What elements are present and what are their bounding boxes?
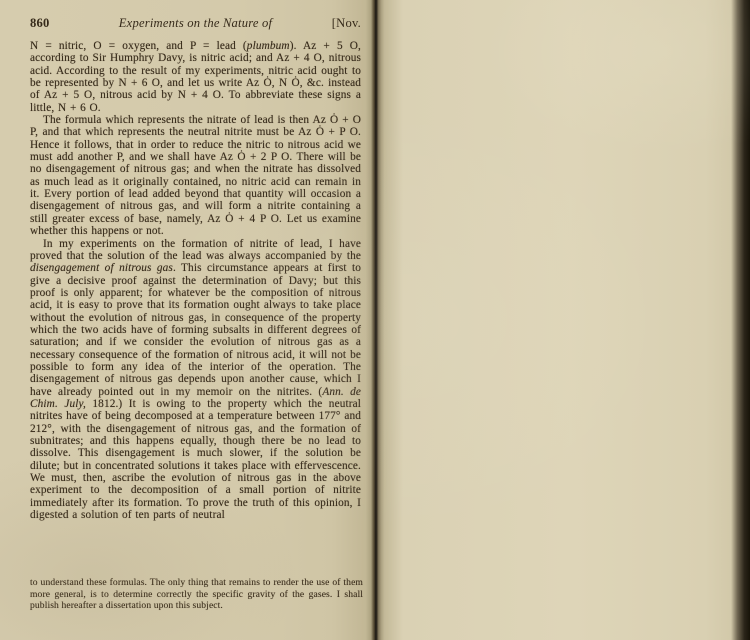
right-page: 1813.] Azote, of Hydrogen, and of Ammoni…: [377, 0, 750, 640]
left-page-body: N = nitric, O = oxygen, and P = lead (pl…: [30, 40, 361, 521]
left-page: 860 Experiments on the Nature of [Nov. N…: [0, 0, 377, 640]
left-header-date: [Nov.: [317, 16, 361, 31]
paragraph: N = nitric, O = oxygen, and P = lead (pl…: [30, 40, 361, 114]
book-scan: 860 Experiments on the Nature of [Nov. N…: [0, 0, 750, 640]
left-page-footnote: to understand these formulas. The only t…: [30, 577, 363, 612]
left-page-textblock: 860 Experiments on the Nature of [Nov. N…: [30, 16, 361, 521]
left-page-number: 860: [30, 16, 74, 31]
book-edge-shadow: [731, 0, 750, 640]
page-gutter-divider: [371, 0, 381, 640]
paragraph: In my experiments on the formation of ni…: [30, 238, 361, 522]
left-running-title: Experiments on the Nature of: [74, 16, 317, 31]
left-page-header: 860 Experiments on the Nature of [Nov.: [30, 16, 361, 31]
paragraph: The formula which represents the nitrate…: [30, 114, 361, 237]
